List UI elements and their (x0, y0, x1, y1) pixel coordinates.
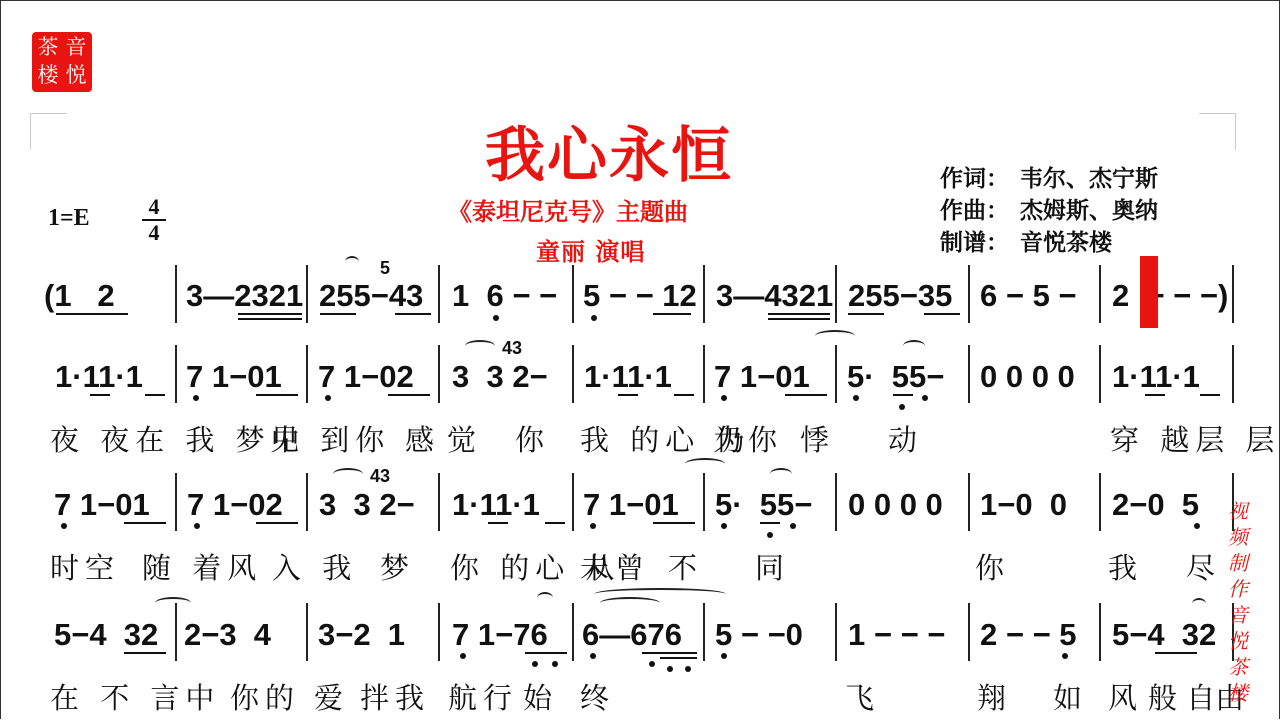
low-octave-dot (667, 666, 673, 672)
time-signature: 4 4 (142, 196, 166, 244)
barline (572, 265, 574, 323)
barline (1099, 265, 1101, 323)
measure: 2 − − 5 (980, 617, 1077, 653)
barline (1099, 603, 1101, 661)
lyric-line: 拌我 (360, 676, 430, 717)
barline (703, 473, 705, 531)
underline (488, 522, 508, 524)
barline (835, 473, 837, 531)
barline (438, 265, 440, 323)
lyric-line: 如 (1053, 676, 1088, 717)
lyric-line: 翔 (977, 676, 1012, 717)
underline (618, 394, 638, 396)
lyric-line: 动 (888, 418, 923, 459)
credit-label: 制谱： (940, 227, 1020, 259)
underline (893, 394, 913, 396)
barline (572, 345, 574, 403)
underline (653, 313, 691, 315)
underline (395, 313, 431, 315)
underline (924, 313, 960, 315)
measure: 255−43 (319, 278, 423, 314)
measure: 1·11·1 (1112, 359, 1200, 395)
low-octave-dot (61, 523, 67, 529)
measure: 1 6 − − (452, 278, 557, 314)
measure: 2 − − −) (1112, 278, 1228, 314)
barline (306, 345, 308, 403)
barline (175, 265, 177, 323)
underline (90, 394, 110, 396)
song-subtitle: 《泰坦尼克号》主题曲 (448, 192, 688, 227)
low-octave-dot (721, 395, 727, 401)
barline (703, 265, 705, 323)
barline (968, 603, 970, 661)
slur (465, 340, 495, 352)
singer-credit: 童丽 演唱 (536, 232, 645, 267)
underline (238, 318, 302, 320)
measure: 7 1−01 (186, 359, 282, 395)
lyric-line: 始 (523, 676, 558, 717)
measure: 3—2321 (186, 278, 303, 314)
slur (537, 592, 553, 604)
underline (388, 394, 430, 396)
low-octave-dot (493, 315, 499, 321)
song-title: 我心永恒 (485, 108, 733, 194)
barline (438, 473, 440, 531)
lyric-line: 夜 夜在 我 梦中 (50, 418, 306, 459)
lyric-line: 同 (755, 546, 790, 587)
underline (1200, 394, 1220, 396)
low-octave-dot (1062, 653, 1068, 659)
slur (155, 597, 191, 609)
lyric-line: 梦 (380, 546, 415, 587)
lyric-line: 飞 (845, 676, 880, 717)
low-octave-dot (460, 653, 466, 659)
underline (674, 394, 694, 396)
slur (903, 340, 925, 352)
credit-value: 音悦茶楼 (1020, 230, 1112, 256)
lyric-line: 感 (405, 418, 440, 459)
credit-value: 杰姆斯、奥纳 (1020, 198, 1158, 224)
measure: 3—4321 (716, 278, 833, 314)
measure: 7 1−76 (452, 617, 548, 653)
low-octave-dot (767, 532, 773, 538)
low-octave-dot (325, 395, 331, 401)
grace-note: 43 (370, 466, 390, 487)
low-octave-dot (685, 666, 691, 672)
corner-mark-right (1199, 113, 1236, 150)
grace-note: 5 (380, 258, 390, 279)
lyric-line: 爱 (314, 676, 349, 717)
low-octave-dot (194, 523, 200, 529)
underline (1145, 394, 1165, 396)
underline (848, 313, 884, 315)
lyric-line: 觉 (447, 418, 482, 459)
seal-logo: 茶 音 楼 悦 (32, 32, 92, 92)
lyric-line: 尽 (1186, 546, 1221, 587)
lyricist-credit: 作词：韦尔、杰宁斯 (940, 163, 1158, 195)
slur (600, 597, 660, 609)
lyric-line: 你 (515, 418, 550, 459)
slur (345, 256, 359, 268)
barline (572, 473, 574, 531)
underline (124, 522, 166, 524)
barline (306, 603, 308, 661)
measure: 1·11·1 (55, 359, 143, 395)
measure: 3−2 1 (318, 617, 405, 653)
lyric-line: 为你 (713, 418, 783, 459)
measure: 7 1−02 (187, 487, 283, 523)
measure: 2−0 5 (1112, 487, 1199, 523)
lyric-line: 终 (580, 676, 615, 717)
measure: 0 0 0 0 (980, 359, 1075, 395)
barline (835, 345, 837, 403)
slur (815, 330, 855, 342)
low-octave-dot (721, 523, 727, 529)
credit-value: 韦尔、杰宁斯 (1020, 166, 1158, 192)
barline (1099, 345, 1101, 403)
lyric-line: 时空 (50, 546, 120, 587)
lyric-line: 在 不 言中 (50, 676, 220, 717)
barline (1232, 345, 1234, 403)
measure: 3 3 2− (319, 487, 415, 523)
lyric-line: 不 (668, 546, 703, 587)
measure: 5−4 32 (54, 617, 158, 653)
low-octave-dot (590, 653, 596, 659)
low-octave-dot (193, 395, 199, 401)
barline (175, 603, 177, 661)
measure: (1 2 (44, 278, 115, 314)
low-octave-dot (721, 653, 727, 659)
lyric-line: 随 着风 (142, 546, 262, 587)
barline (306, 473, 308, 531)
key-signature: 1=E (48, 205, 90, 232)
seal-char: 悦 (62, 62, 90, 90)
low-octave-dot (853, 395, 859, 401)
low-octave-dot (649, 661, 655, 667)
underline (145, 394, 165, 396)
underline (653, 522, 695, 524)
underline (1155, 652, 1197, 654)
underline (238, 313, 302, 315)
barline (1099, 473, 1101, 531)
barline (835, 603, 837, 661)
time-sig-top: 4 (142, 196, 166, 218)
lyric-line: 穿 越层 层 (1110, 418, 1280, 459)
low-octave-dot (790, 523, 796, 529)
lyric-line: 见 到你 (270, 418, 390, 459)
barline (835, 265, 837, 323)
measure: 1·11·1 (452, 487, 540, 523)
low-octave-dot (922, 395, 928, 401)
barline (1232, 265, 1234, 323)
barline (175, 345, 177, 403)
lyric-line: 入 我 (272, 546, 357, 587)
low-octave-dot (591, 315, 597, 321)
slur (1192, 598, 1206, 610)
measure: 7 1−01 (714, 359, 810, 395)
barline (175, 473, 177, 531)
measure: 5−4 32 (1112, 617, 1216, 653)
barline (438, 345, 440, 403)
measure: 5 − −0 (715, 617, 803, 653)
low-octave-dot (532, 661, 538, 667)
underline (124, 652, 166, 654)
underline (256, 394, 298, 396)
measure: 5· 55− (847, 359, 944, 395)
composer-credit: 作曲：杰姆斯、奥纳 (940, 195, 1158, 227)
measure: 255−35 (848, 278, 952, 314)
low-octave-dot (899, 404, 905, 410)
credits-block: 作词：韦尔、杰宁斯 作曲：杰姆斯、奥纳 制谱：音悦茶楼 (940, 163, 1158, 259)
barline (438, 603, 440, 661)
lyric-line: 风 (1108, 676, 1143, 717)
lyric-line: 我 (1108, 546, 1143, 587)
lyric-line: 你 (975, 546, 1010, 587)
seal-char: 茶 (34, 34, 62, 62)
grace-note: 43 (502, 338, 522, 359)
seal-char: 音 (62, 34, 90, 62)
measure: 6 − 5 − (980, 278, 1077, 314)
measure: 2−3 4 (184, 617, 271, 653)
measure: 5 − − 12 (583, 278, 697, 314)
measure: 5· 55− (715, 487, 812, 523)
measure: 7 1−01 (54, 487, 150, 523)
barline (968, 345, 970, 403)
credit-label: 作词： (940, 163, 1020, 195)
slur (770, 468, 792, 480)
barline (572, 603, 574, 661)
low-octave-dot (590, 523, 596, 529)
underline (56, 313, 128, 315)
underline (785, 394, 827, 396)
lyric-line: 你的 (230, 676, 300, 717)
barline (968, 473, 970, 531)
underline (768, 313, 830, 315)
low-octave-dot (1194, 523, 1200, 529)
barline (703, 345, 705, 403)
barline (968, 265, 970, 323)
underline (256, 522, 298, 524)
seal-char: 楼 (34, 62, 62, 90)
credit-label: 作曲： (940, 195, 1020, 227)
underline (525, 652, 567, 654)
slur (685, 458, 725, 470)
measure: 1 − − − (848, 617, 945, 653)
underline (768, 318, 830, 320)
low-octave-dot (552, 661, 558, 667)
underline (660, 657, 697, 659)
measure: 7 1−02 (318, 359, 414, 395)
slur (333, 468, 363, 480)
underline (760, 522, 780, 524)
measure: 1−0 0 (980, 487, 1067, 523)
measure: 7 1−01 (583, 487, 679, 523)
transcriber-credit: 制谱：音悦茶楼 (940, 227, 1158, 259)
playback-cursor (1140, 256, 1158, 328)
underline (642, 652, 697, 654)
measure: 6—676 (582, 617, 682, 653)
measure: 3 3 2− (452, 359, 548, 395)
lyric-line: 未曾 (580, 546, 650, 587)
barline (703, 603, 705, 661)
measure: 0 0 0 0 (848, 487, 943, 523)
lyric-line: 悸 (800, 418, 835, 459)
watermark: 视频制作音悦茶楼 (1226, 498, 1250, 706)
underline (545, 522, 565, 524)
measure: 1·11·1 (584, 359, 672, 395)
lyric-line: 航行 (448, 676, 518, 717)
underline (320, 313, 356, 315)
barline (306, 265, 308, 323)
time-sig-bottom: 4 (142, 222, 166, 244)
corner-mark-left (30, 113, 67, 150)
